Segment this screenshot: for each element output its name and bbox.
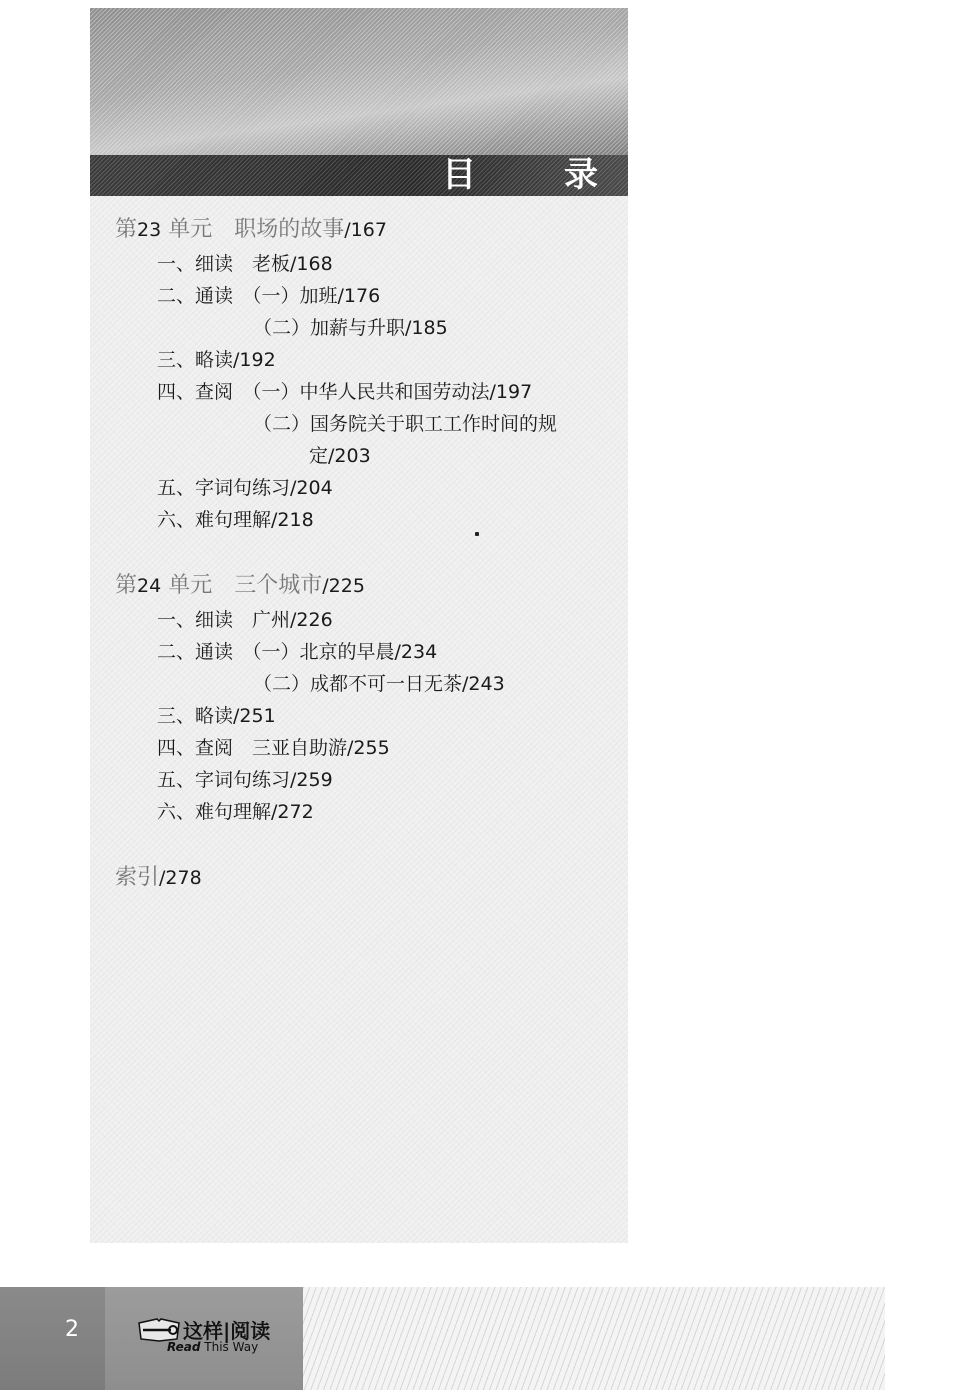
page-title: 目 录 <box>442 155 636 196</box>
toc-entry[interactable]: 四、查阅 三亚自助游/255 <box>157 736 390 760</box>
toc-entry-continued[interactable]: 定/203 <box>309 444 371 468</box>
page-footer: 2 这样|阅读 Read This Way <box>0 1287 960 1390</box>
toc-entry[interactable]: 一、细读 老板/168 <box>157 252 333 276</box>
page-number: 2 <box>65 1317 79 1342</box>
unit-page: /225 <box>322 575 365 597</box>
toc-entry[interactable]: 六、难句理解/218 <box>157 508 314 532</box>
unit-name: 职场的故事 <box>234 217 344 242</box>
toc-entry[interactable]: 六、难句理解/272 <box>157 800 314 824</box>
scan-speck <box>475 532 479 536</box>
toc-entry[interactable]: 四、查阅 （一）中华人民共和国劳动法/197 <box>157 380 532 404</box>
toc-entry[interactable]: （二）成都不可一日无茶/243 <box>253 672 505 696</box>
unit-heading[interactable]: 第24 单元三个城市/225 <box>115 574 365 598</box>
unit-name: 三个城市 <box>234 573 322 598</box>
toc-entry[interactable]: 三、略读/251 <box>157 704 276 728</box>
footer-page-block: 2 <box>0 1287 105 1390</box>
toc-entry[interactable]: （二）加薪与升职/185 <box>253 316 448 340</box>
toc-entry[interactable]: 一、细读 广州/226 <box>157 608 333 632</box>
toc-entry[interactable]: 二、通读 （一）北京的早晨/234 <box>157 640 437 664</box>
footer-logo-block: 这样|阅读 Read This Way <box>105 1287 303 1390</box>
toc-entry[interactable]: （二）国务院关于职工工作时间的规 <box>253 412 557 436</box>
unit-page: /167 <box>344 219 387 241</box>
toc-entry[interactable]: 二、通读 （一）加班/176 <box>157 284 380 308</box>
title-strip: 目 录 <box>90 155 628 196</box>
toc-entry[interactable]: 三、略读/192 <box>157 348 276 372</box>
footer-texture <box>303 1287 885 1390</box>
toc-entry[interactable]: 五、字词句练习/259 <box>157 768 333 792</box>
unit-heading[interactable]: 第23 单元职场的故事/167 <box>115 218 387 242</box>
index-entry[interactable]: 索引/278 <box>115 866 202 890</box>
logo-english-text: Read This Way <box>167 1340 258 1354</box>
toc-entry[interactable]: 五、字词句练习/204 <box>157 476 333 500</box>
